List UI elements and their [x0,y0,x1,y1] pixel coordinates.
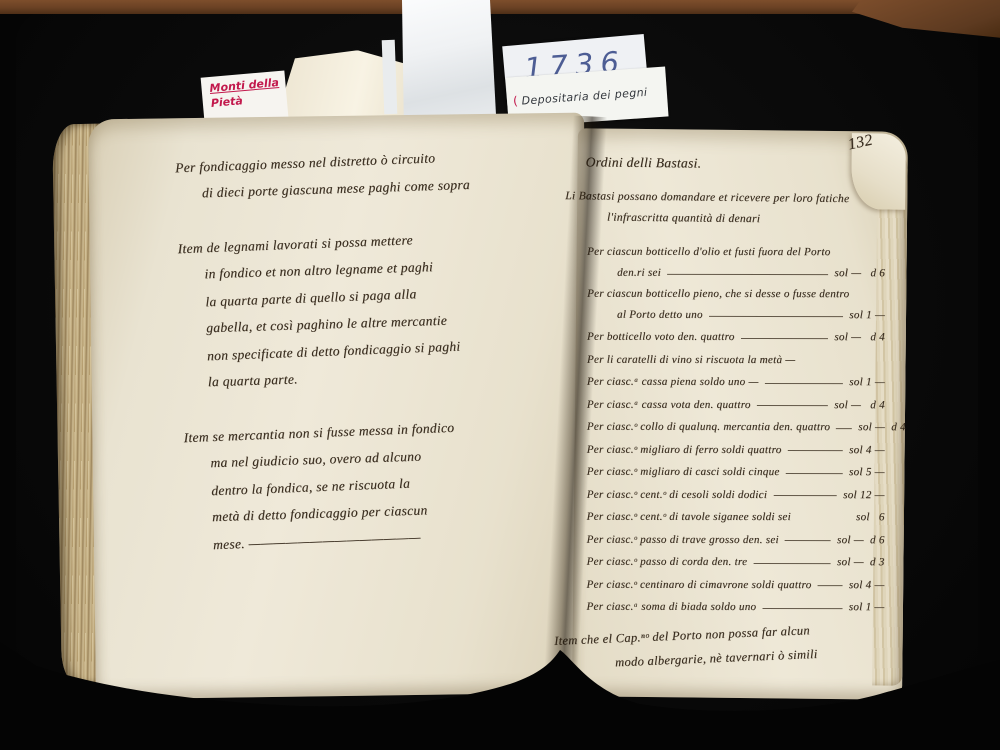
fee-item-text: Per ciasc.ᵃ cassa piena soldo uno — [587,376,759,388]
fee-item-value: sol 6 [856,511,885,523]
leader-line [709,315,844,316]
fee-item-row: Per botticello voto den. quattrosol — d … [587,326,885,349]
fee-item-value: sol 1 — [849,376,885,388]
fee-item-value: sol 12 — [843,489,885,501]
fee-item-text: Per ciascun botticello d'olio et fusti f… [587,242,885,263]
fee-item-value: sol 1 — [849,309,885,321]
leader-line [785,540,831,541]
fee-item-value: sol — d 4 [834,399,885,411]
fee-item-text: Per ciasc.ᵒ cent.ᵒ di tavole siganee sol… [587,511,791,523]
fee-item-value: sol 1 — [849,601,885,613]
leader-line [753,563,831,564]
leader-line [836,428,852,429]
fee-item-value: sol — d 6 [834,267,885,279]
manuscript-paragraph: Item se mercantia non si fusse messa in … [183,413,517,558]
fee-item-text: al Porto detto uno [617,309,703,321]
left-page-text: Per fondicaggio messo nel distretto ò ci… [175,143,518,585]
fee-item-value: sol — d 4 [834,331,885,343]
fee-item-value: sol 5 — [849,466,885,478]
fee-item-row: Per ciasc.ᵒ collo di qualunq. mercantia … [587,416,885,439]
fee-item-row: Per ciasc.ᵒ passo di corda den. tresol —… [587,551,885,574]
leader-line [818,585,843,586]
fee-item-row: Per ciasc.ᵃ cassa piena soldo uno —sol 1… [587,371,885,394]
left-page: Per fondicaggio messo nel distretto ò ci… [88,113,592,700]
fee-item-text: Per ciasc.ᵒ migliaro di casci soldi cinq… [587,466,780,478]
fee-item-row: al Porto detto unosol 1 — [617,304,885,326]
fee-item-row: Per li caratelli di vino si riscuota la … [587,348,885,371]
fee-list: Per ciascun botticello d'olio et fusti f… [587,242,886,619]
fee-item-value: sol — d 6 [837,534,885,546]
manuscript-paragraph: Item de legnami lavorati si possa metter… [177,224,512,396]
book-bottom-shadow [0,622,1000,750]
fee-item-text: Per ciasc.ᵃ cassa vota den. quattro [587,398,751,410]
leader-line [762,608,842,609]
leader-line [757,405,828,406]
fee-item-text: Per ciasc.ᵒ collo di qualunq. mercantia … [587,421,830,433]
leader-line [741,338,829,339]
fee-item-row: den.ri seisol — d 6 [617,262,885,284]
tab-slip-text: Depositaria dei pegni [521,86,648,108]
fee-item-value: sol — d 4 [858,421,906,433]
leader-line [786,473,843,474]
fee-item-text: den.ri sei [617,267,661,279]
fee-item-row: Per ciasc.ᵒ cent.ᵒ di cesoli soldi dodic… [587,483,885,506]
fee-item-row: Per ciasc.ᵒ centinaro di cimavrone soldi… [587,573,885,596]
fee-item-row: Per ciasc.ᵒ cent.ᵒ di tavole siganee sol… [587,506,885,529]
fee-item-value: sol — d 3 [837,556,885,568]
fee-item-row: Per ciasc.ᵒ passo di trave grosso den. s… [587,528,885,551]
fee-item-text: Per ciasc.ᵃ soma di biada soldo uno [587,601,757,613]
fee-item-text: Per li caratelli di vino si riscuota la … [587,353,795,365]
fee-item-row: Per ciasc.ᵒ migliaro di ferro soldi quat… [587,438,885,461]
intro-line: Li Bastasi possano domandare et ricevere… [565,186,849,210]
leader-line [788,450,843,451]
fee-item-text: Per ciasc.ᵒ migliaro di ferro soldi quat… [587,443,782,455]
paper-sliver [382,40,398,114]
leader-line [773,495,837,496]
fee-item-text: Per ciasc.ᵒ passo di trave grosso den. s… [587,533,779,545]
intro-lines: Li Bastasi possano domandare et ricevere… [565,186,850,231]
fee-item-text: Per ciasc.ᵒ centinaro di cimavrone soldi… [587,578,812,590]
intro-line: l'infrascritta quantità di denari [607,208,849,232]
leader-line [667,273,828,274]
fee-item-text: Per ciasc.ᵒ cent.ᵒ di cesoli soldi dodic… [587,488,768,500]
fee-item-row: Per ciasc.ᵃ cassa vota den. quattrosol —… [587,393,885,416]
fee-item-text: Per ciasc.ᵒ passo di corda den. tre [587,556,748,568]
fee-item-value: sol 4 — [849,444,885,456]
fee-item-value: sol 4 — [849,579,885,591]
manuscript-paragraph: Per fondicaggio messo nel distretto ò ci… [175,143,507,207]
table-wood-strip [0,0,1000,14]
manuscript-photo: 1736 ( Depositaria dei pegni Monti della… [0,0,1000,750]
fee-item-text: Per ciascun botticello pieno, che si des… [587,284,885,305]
fee-item-row: Per ciasc.ᵃ soma di biada soldo unosol 1… [587,596,885,619]
fee-item-text: Per botticello voto den. quattro [587,331,735,343]
right-page: Ordini delli Bastasi. Li Bastasi possano… [572,128,908,699]
leader-line [765,383,844,384]
fee-item-row: Per ciasc.ᵒ migliaro di casci soldi cinq… [587,461,885,484]
